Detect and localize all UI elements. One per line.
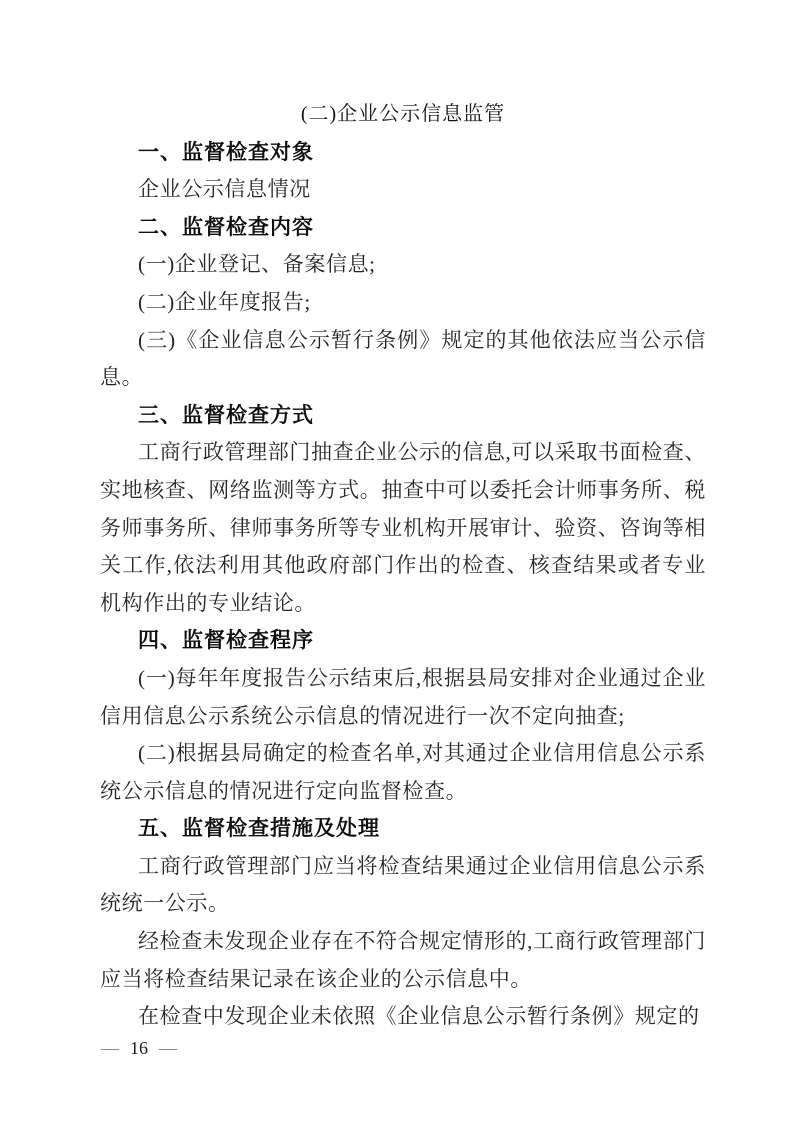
section-heading-1: 一、监督检查对象 [100, 134, 706, 172]
list-item-1: (一)企业登记、备案信息; [100, 246, 706, 284]
page-number: 16 [130, 1038, 148, 1058]
section-heading-5: 五、监督检查措施及处理 [100, 810, 706, 848]
paragraph: 工商行政管理部门应当将检查结果通过企业信用信息公示系统统一公示。 [100, 848, 706, 923]
document-page: (二)企业公示信息监管 一、监督检查对象 企业公示信息情况 二、监督检查内容 (… [0, 0, 793, 1122]
section-heading-2: 二、监督检查内容 [100, 209, 706, 247]
list-item-2: (二)企业年度报告; [100, 284, 706, 322]
paragraph: 企业公示信息情况 [100, 171, 706, 209]
paragraph: 经检查未发现企业存在不符合规定情形的,工商行政管理部门应当将检查结果记录在该企业… [100, 923, 706, 998]
document-title: (二)企业公示信息监管 [100, 96, 706, 134]
section-heading-4: 四、监督检查程序 [100, 622, 706, 660]
document-body: (二)企业公示信息监管 一、监督检查对象 企业公示信息情况 二、监督检查内容 (… [100, 96, 706, 1036]
list-item-3: (三)《企业信息公示暂行条例》规定的其他依法应当公示信息。 [100, 322, 706, 397]
footer-dash-left: — [101, 1038, 119, 1058]
page-footer: —16— [101, 1036, 177, 1060]
paragraph: 工商行政管理部门抽查企业公示的信息,可以采取书面检查、实地核查、网络监测等方式。… [100, 434, 706, 622]
footer-dash-right: — [159, 1038, 177, 1058]
list-item-1: (一)每年年度报告公示结束后,根据县局安排对企业通过企业信用信息公示系统公示信息… [100, 660, 706, 735]
paragraph: 在检查中发现企业未依照《企业信息公示暂行条例》规定的 [100, 998, 706, 1036]
list-item-2: (二)根据县局确定的检查名单,对其通过企业信用信息公示系统公示信息的情况进行定向… [100, 735, 706, 810]
section-heading-3: 三、监督检查方式 [100, 397, 706, 435]
